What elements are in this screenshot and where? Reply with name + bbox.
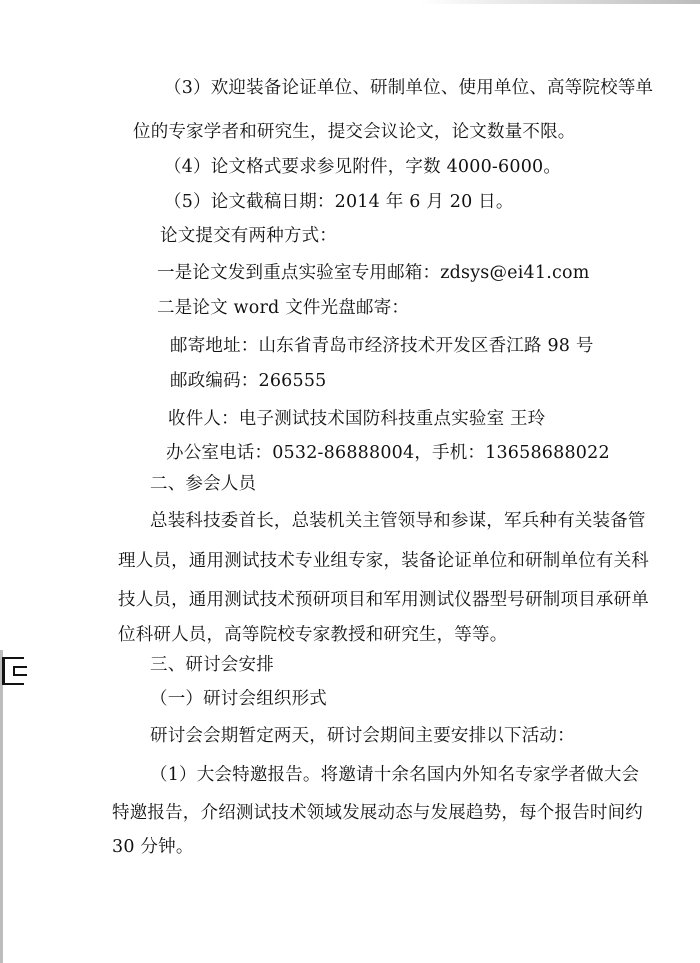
section-heading-attendees: 二、参会人员	[150, 473, 256, 495]
subsection-heading-format: （一）研讨会组织形式	[150, 688, 327, 710]
scan-top-shadow	[420, 0, 700, 4]
paragraph-item-3-line1: （3）欢迎装备论证单位、研制单位、使用单位、高等院校等单	[164, 77, 653, 99]
binder-clip-inner	[13, 666, 27, 676]
paragraph-item-4: （4）论文格式要求参见附件，字数 4000-6000。	[164, 156, 561, 178]
arrangement-intro: 研讨会会期暂定两天，研讨会期间主要安排以下活动：	[150, 725, 575, 747]
mailing-address: 邮寄地址：山东省青岛市经济技术开发区香江路 98 号	[170, 335, 594, 357]
attendees-paragraph-line4: 位科研人员，高等院校专家教授和研究生，等等。	[118, 624, 507, 646]
submission-method-mail: 二是论文 word 文件光盘邮寄：	[157, 297, 409, 319]
submission-method-email: 一是论文发到重点实验室专用邮箱：zdsys@ei41.com	[157, 262, 589, 284]
recipient: 收件人：电子测试技术国防科技重点实验室 王玲	[168, 408, 545, 430]
keynote-paragraph-line2: 特邀报告，介绍测试技术领域发展动态与发展趋势，每个报告时间约	[112, 802, 643, 824]
keynote-paragraph-line1: （1）大会特邀报告。将邀请十余名国内外知名专家学者做大会	[150, 764, 639, 786]
binder-clip-mark	[2, 657, 24, 685]
contact-phone: 办公室电话：0532-86888004，手机：13658688022	[166, 442, 610, 464]
postal-code: 邮政编码：266555	[170, 370, 327, 392]
attendees-paragraph-line1: 总装科技委首长，总装机关主管领导和参谋，军兵种有关装备管	[150, 510, 646, 532]
section-heading-arrangement: 三、研讨会安排	[150, 654, 274, 676]
scan-left-edge	[0, 650, 3, 963]
keynote-paragraph-line3: 30 分钟。	[112, 836, 194, 858]
attendees-paragraph-line2: 理人员，通用测试技术专业组专家，装备论证单位和研制单位有关科	[118, 550, 649, 572]
submission-methods-intro: 论文提交有两种方式：	[160, 225, 337, 247]
paragraph-item-3-line2: 位的专家学者和研究生，提交会议论文，论文数量不限。	[133, 121, 576, 143]
paragraph-item-5: （5）论文截稿日期：2014 年 6 月 20 日。	[164, 191, 514, 213]
attendees-paragraph-line3: 技人员，通用测试技术预研项目和军用测试仪器型号研制项目承研单	[118, 589, 649, 611]
